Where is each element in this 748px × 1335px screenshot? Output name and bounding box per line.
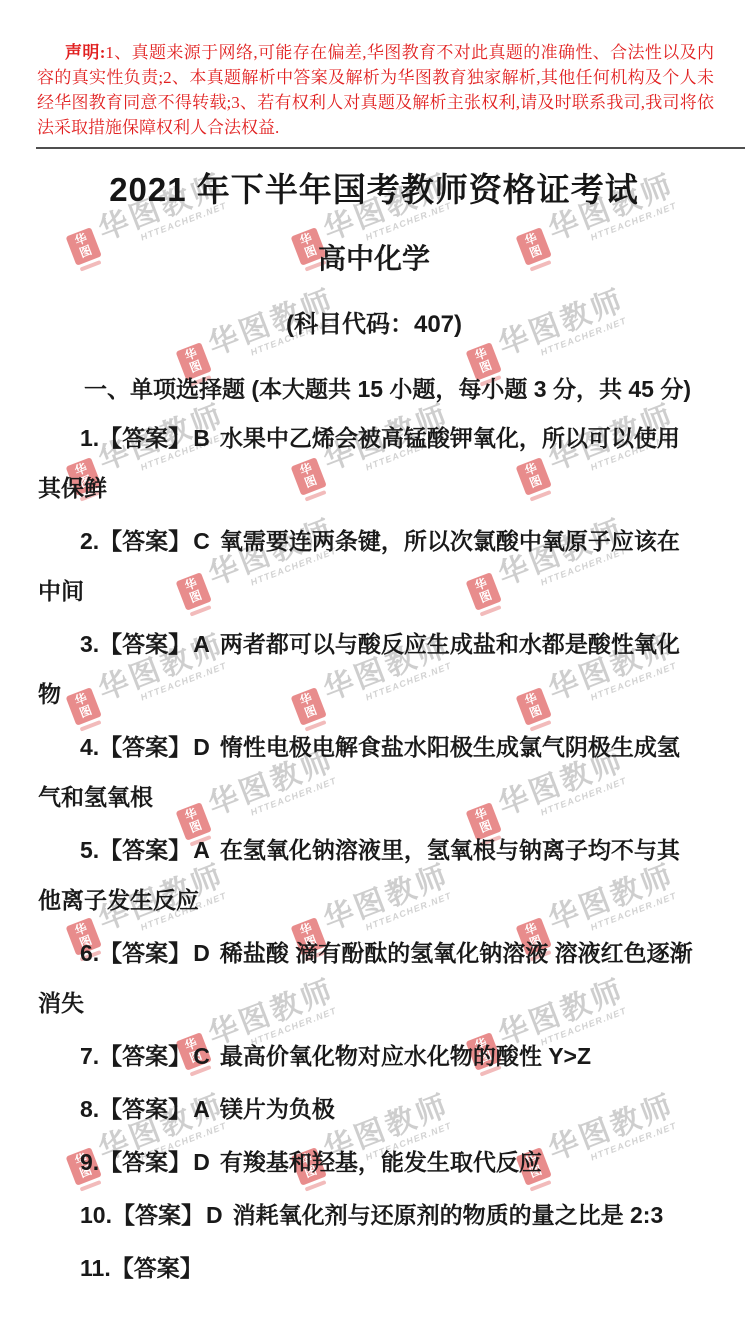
answer-item-8: 8.【答案】A镁片为负极 (38, 1084, 693, 1134)
item-answer: C (193, 528, 210, 554)
item-answer: A (193, 631, 210, 657)
answer-item-9: 9.【答案】D有羧基和羟基，能发生取代反应 (38, 1137, 693, 1187)
item-prefix: 10.【答案】 (80, 1202, 204, 1228)
item-answer: D (193, 734, 210, 760)
answer-item-5: 5.【答案】A在氢氧化钠溶液里，氢氧根与钠离子均不与其他离子发生反应 (38, 825, 693, 925)
section-heading: 一、单项选择题 (本大题共 15 小题，每小题 3 分，共 45 分) (38, 373, 693, 405)
item-answer: D (206, 1202, 223, 1228)
document-page: 华图华图教师HTTEACHER.NET华图华图教师HTTEACHER.NET华图… (0, 0, 748, 1335)
disclaimer-text: 1、真题来源于网络,可能存在偏差,华图教育不对此真题的准确性、合法性以及内容的真… (37, 43, 714, 137)
disclaimer-label: 声明: (65, 43, 105, 62)
item-prefix: 4.【答案】 (80, 734, 191, 760)
item-answer: D (193, 1149, 210, 1175)
answer-item-4: 4.【答案】D惰性电极电解食盐水阳极生成氯气阴极生成氢气和氢氧根 (38, 722, 693, 822)
page-title: 2021 年下半年国考教师资格证考试 (20, 169, 728, 211)
document-content: 声明:1、真题来源于网络,可能存在偏差,华图教育不对此真题的准确性、合法性以及内… (0, 40, 748, 1293)
answer-item-1: 1.【答案】B水果中乙烯会被高锰酸钾氧化，所以可以使用其保鲜 (38, 413, 693, 513)
item-answer: D (193, 940, 210, 966)
item-text: 消耗氧化剂与还原剂的物质的量之比是 2:3 (233, 1202, 664, 1228)
item-prefix: 2.【答案】 (80, 528, 191, 554)
subject-code: (科目代码：407) (0, 310, 748, 340)
answer-item-11: 11.【答案】 (38, 1243, 693, 1293)
item-text: 镁片为负极 (220, 1096, 335, 1122)
subject-title: 高中化学 (0, 241, 748, 277)
item-answer: A (193, 1096, 210, 1122)
item-prefix: 1.【答案】 (80, 425, 191, 451)
header-divider (36, 147, 745, 149)
answer-item-3: 3.【答案】A两者都可以与酸反应生成盐和水都是酸性氧化物 (38, 619, 693, 719)
answer-list: 1.【答案】B水果中乙烯会被高锰酸钾氧化，所以可以使用其保鲜 2.【答案】C氧需… (0, 413, 748, 1293)
item-prefix: 3.【答案】 (80, 631, 191, 657)
item-prefix: 8.【答案】 (80, 1096, 191, 1122)
disclaimer-paragraph: 声明:1、真题来源于网络,可能存在偏差,华图教育不对此真题的准确性、合法性以及内… (37, 40, 714, 140)
answer-item-6: 6.【答案】D稀盐酸 滴有酚酞的氢氧化钠溶液 溶液红色逐渐消失 (38, 928, 693, 1028)
item-text: 最高价氧化物对应水化物的酸性 Y>Z (220, 1043, 591, 1069)
item-prefix: 6.【答案】 (80, 940, 191, 966)
item-prefix: 5.【答案】 (80, 837, 191, 863)
answer-item-2: 2.【答案】C氧需要连两条键，所以次氯酸中氧原子应该在中间 (38, 516, 693, 616)
item-answer: B (193, 425, 210, 451)
item-prefix: 9.【答案】 (80, 1149, 191, 1175)
answer-item-10: 10.【答案】D消耗氧化剂与还原剂的物质的量之比是 2:3 (38, 1190, 693, 1240)
item-answer: C (193, 1043, 210, 1069)
item-text: 有羧基和羟基，能发生取代反应 (220, 1149, 542, 1175)
item-answer: A (193, 837, 210, 863)
answer-item-7: 7.【答案】C最高价氧化物对应水化物的酸性 Y>Z (38, 1031, 693, 1081)
item-prefix: 7.【答案】 (80, 1043, 191, 1069)
item-prefix: 11.【答案】 (80, 1255, 203, 1281)
